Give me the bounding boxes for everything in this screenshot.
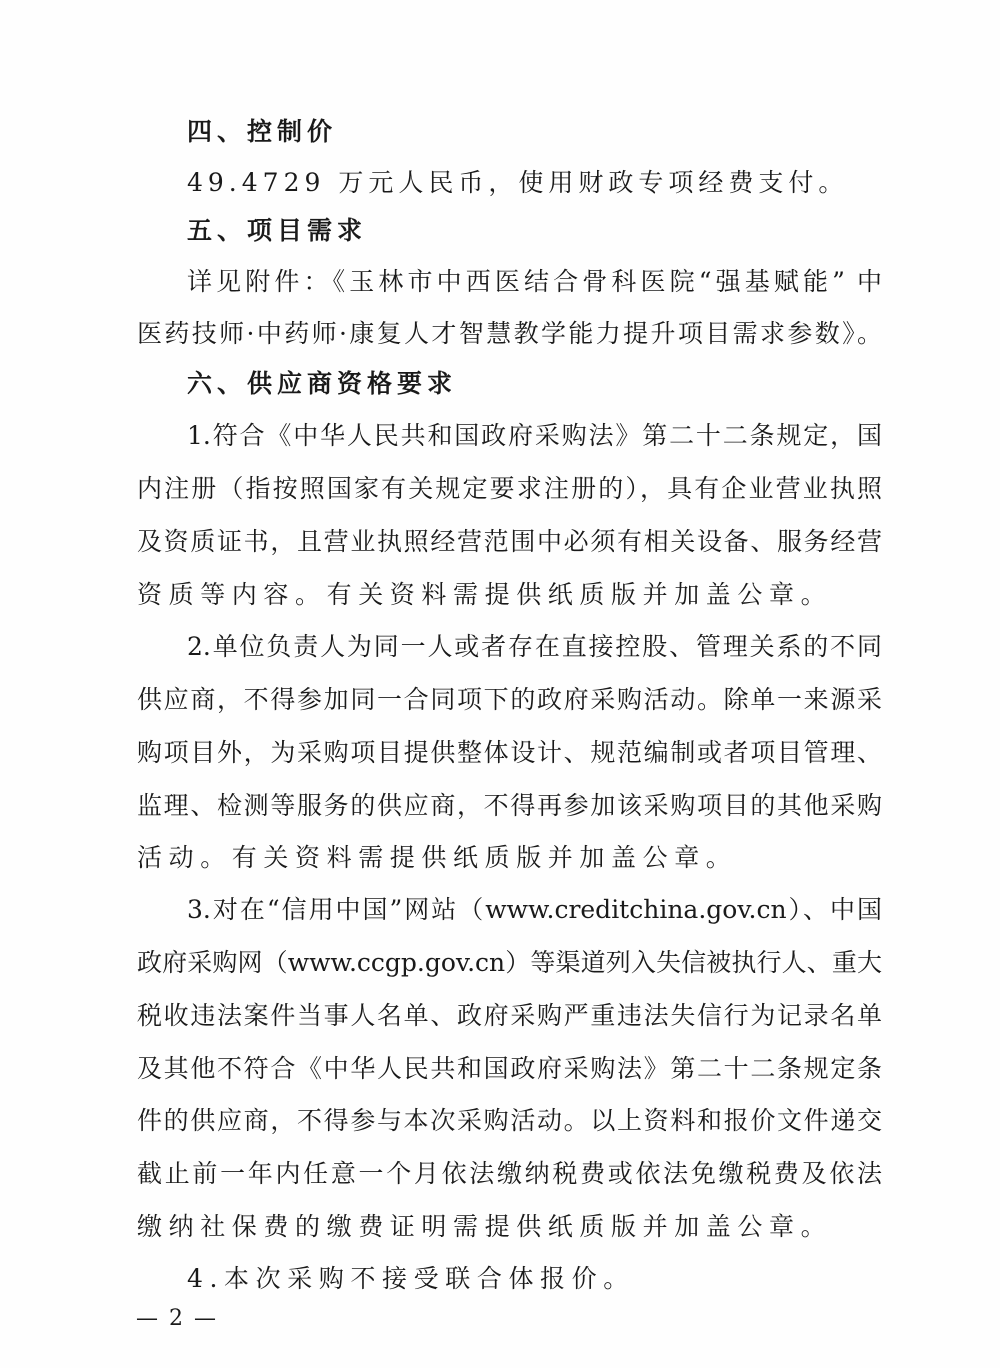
document-page: 四、控制价 49.4729 万元人民币，使用财政专项经费支付。 五、项目需求 详…: [0, 0, 1000, 1368]
qualification-2-line-1: 2.单位负责人为同一人或者存在直接控股、管理关系的不同: [187, 627, 882, 667]
project-requirements-line-2: 医药技师·中药师·康复人才智慧教学能力提升项目需求参数》。: [137, 314, 882, 354]
section-heading-supplier-qualifications: 六、供应商资格要求: [187, 364, 882, 404]
qualification-1-line-3: 及资质证书，且营业执照经营范围中必须有相关设备、服务经营: [137, 522, 882, 562]
qualification-1-line-2: 内注册（指按照国家有关规定要求注册的），具有企业营业执照: [137, 469, 882, 509]
qualification-3-line-3: 税收违法案件当事人名单、政府采购严重违法失信行为记录名单: [137, 996, 882, 1036]
qualification-2-line-3: 购项目外，为采购项目提供整体设计、规范编制或者项目管理、: [137, 733, 882, 773]
page-number: — 2 —: [136, 1305, 218, 1333]
qualification-1-line-1: 1.符合《中华人民共和国政府采购法》第二十二条规定，国: [187, 416, 882, 456]
control-price-text: 49.4729 万元人民币，使用财政专项经费支付。: [187, 163, 882, 203]
qualification-4-line-1: 4.本次采购不接受联合体报价。: [187, 1259, 882, 1299]
qualification-3-line-6: 截止前一年内任意一个月依法缴纳税费或依法免缴税费及依法: [137, 1154, 882, 1194]
qualification-3-line-4: 及其他不符合《中华人民共和国政府采购法》第二十二条规定条: [137, 1049, 882, 1089]
section-heading-project-requirements: 五、项目需求: [187, 211, 882, 251]
qualification-2-line-2: 供应商，不得参加同一合同项下的政府采购活动。除单一来源采: [137, 680, 882, 720]
qualification-3-line-1: 3.对在“信用中国”网站（www.creditchina.gov.cn）、中国: [187, 890, 882, 930]
qualification-3-line-5: 件的供应商，不得参与本次采购活动。以上资料和报价文件递交: [137, 1101, 882, 1141]
qualification-3-line-7: 缴纳社保费的缴费证明需提供纸质版并加盖公章。: [137, 1207, 882, 1247]
qualification-2-line-5: 活动。有关资料需提供纸质版并加盖公章。: [137, 838, 882, 878]
section-heading-control-price: 四、控制价: [187, 112, 882, 152]
qualification-3-line-2: 政府采购网（www.ccgp.gov.cn）等渠道列入失信被执行人、重大: [137, 943, 882, 983]
project-requirements-line-1: 详见附件：《玉林市中西医结合骨科医院“强基赋能” 中: [187, 262, 882, 302]
qualification-1-line-4: 资质等内容。有关资料需提供纸质版并加盖公章。: [137, 575, 882, 615]
qualification-2-line-4: 监理、检测等服务的供应商，不得再参加该采购项目的其他采购: [137, 786, 882, 826]
